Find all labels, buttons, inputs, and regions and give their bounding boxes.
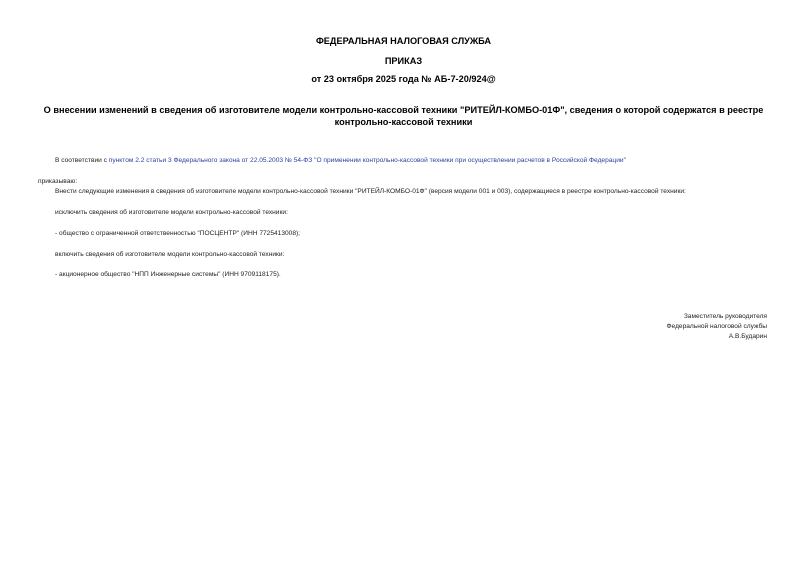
order-intro-paragraph: Внести следующие изменения в сведения об… <box>55 188 686 195</box>
document-date-number: от 23 октября 2025 года № АБ-7-20/924@ <box>0 74 807 84</box>
agency-name: ФЕДЕРАЛЬНАЯ НАЛОГОВАЯ СЛУЖБА <box>0 36 807 46</box>
document-title: О внесении изменений в сведения об изгот… <box>40 104 767 128</box>
document-type: ПРИКАЗ <box>0 56 807 66</box>
signatory-position-line2: Федеральной налоговой службы <box>667 323 767 330</box>
law-reference-link[interactable]: пунктом 2.2 статьи 3 Федерального закона… <box>109 157 626 164</box>
exclude-heading: исключить сведения об изготовителе модел… <box>55 209 288 216</box>
legal-basis-paragraph: В соответствии с пунктом 2.2 статьи 3 Фе… <box>55 157 626 164</box>
exclude-item: - общество с ограниченной ответственност… <box>55 230 300 237</box>
signatory-name: А.В.Бударин <box>729 333 767 340</box>
order-word: приказываю: <box>38 178 77 185</box>
legal-basis-prefix: В соответствии с <box>55 157 109 164</box>
include-item: - акционерное общество "НПП Инженерные с… <box>55 271 281 278</box>
signatory-position-line1: Заместитель руководителя <box>684 313 767 320</box>
include-heading: включить сведения об изготовителе модели… <box>55 251 284 258</box>
